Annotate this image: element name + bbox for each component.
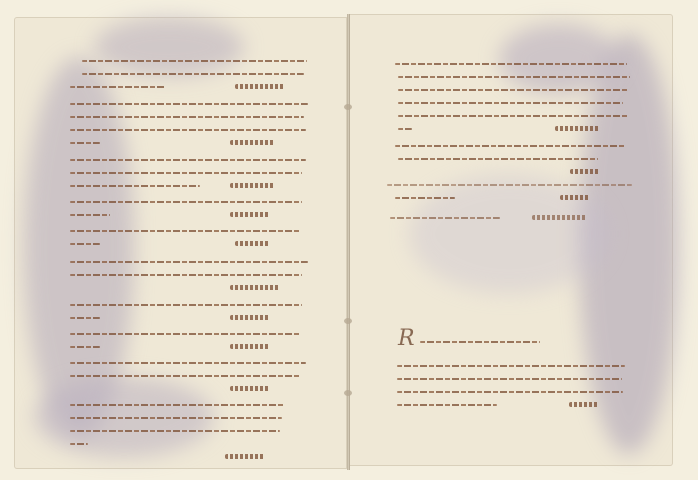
entry: xlvj s viij d: [70, 196, 310, 222]
entry: iiij li viij d: [70, 98, 310, 150]
entry: lxvj s x d: [70, 399, 310, 464]
binding-stitch: [344, 318, 352, 324]
entry: xl s xj d: [395, 179, 645, 205]
entry: viij li x s iij d: [70, 299, 310, 325]
entry: x li xxij s viij d: [70, 256, 310, 295]
book-gutter: [347, 14, 350, 470]
binding-stitch: [344, 390, 352, 396]
entry: xl s viij d: [70, 225, 310, 251]
entry: xlv li xij s d: [395, 58, 645, 136]
entry: x li x s j d: [70, 357, 310, 396]
entry: c s iij d: [395, 140, 645, 179]
binding-stitch: [344, 104, 352, 110]
section-entry: c s iiij d: [397, 360, 632, 412]
entry: iiij li xx s iiij d: [70, 154, 310, 193]
summa-total-line: c xlv li xl s iiij d: [372, 212, 622, 225]
left-entries: c xx s iij d iiij li viij d iiij li xx s…: [70, 55, 310, 464]
entry: x li xxlij d: [70, 328, 310, 354]
right-entries: xlv li xij s d c s iij d xl s xj d: [395, 58, 645, 205]
entry: c xx s iij d: [70, 55, 310, 94]
section-heading: R Recepte des corps par sentence: [398, 332, 598, 352]
